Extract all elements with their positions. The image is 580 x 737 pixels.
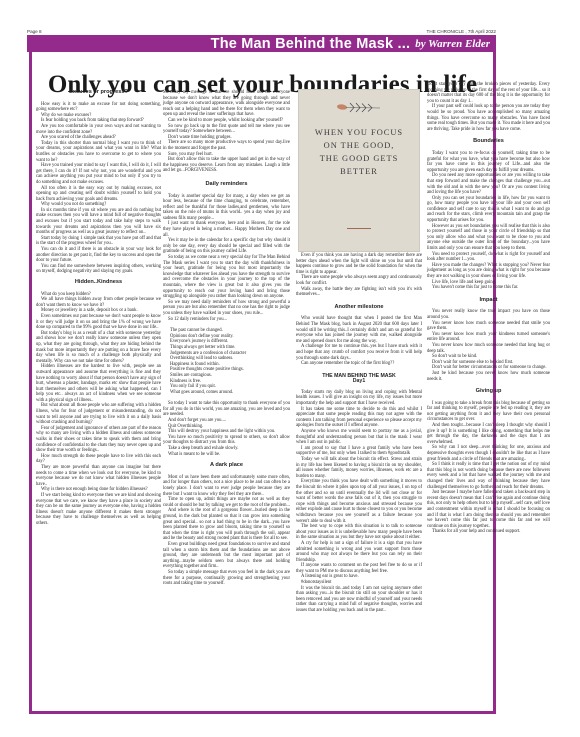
paragraph: The best way to cope with this situation…: [296, 524, 422, 541]
section-heading: Boundaries: [427, 139, 550, 145]
paragraph: And where is the root of a gorgeous flow…: [163, 508, 290, 542]
section-body: Today is another special day for many, a…: [163, 194, 290, 323]
section-heading: Another milestone: [296, 305, 422, 311]
feather-icon: [334, 100, 384, 114]
page-number: Page 8: [27, 29, 42, 34]
paragraph: Only you can set your boundaries in life…: [427, 196, 550, 224]
paragraph: If we start being kind to everyone then …: [36, 493, 161, 527]
paragraph: I just want to thank everyone, here and …: [163, 221, 290, 238]
section-body: Even if you think you are having a dark …: [296, 253, 422, 298]
paragraph: It has taken me some time to decide to d…: [296, 407, 422, 429]
section-heading: Excuses or progress?: [36, 90, 161, 96]
column-1: Excuses or progress? How easy is it to m…: [36, 90, 161, 527]
section-body: What do you keep hidden?We all have thin…: [36, 292, 161, 527]
section-body: Most of us have been there and unfortuna…: [163, 475, 290, 587]
paragraph: What is meant to be will be.: [163, 452, 290, 458]
paragraph: Have you trained your mind to say I want…: [36, 163, 161, 185]
paragraph: However as you set boundaries you will r…: [427, 224, 550, 252]
section-heading: Daily reminders: [163, 182, 290, 188]
paragraph: If your past self could look up to the p…: [427, 104, 550, 132]
paragraph: Who would have thought that when I poste…: [296, 316, 422, 344]
paragraph: So we may need daily reminders of how st…: [163, 300, 290, 317]
paragraph: So today as we come near a very special …: [163, 255, 290, 300]
quote-image: WHEN YOU FOCUS ON THE GOOD, THE GOOD GET…: [299, 90, 419, 251]
section-body: Don't start your day with the broken pie…: [427, 82, 550, 132]
column-3: Even if you think you are having a dark …: [296, 253, 422, 614]
paragraph: Today starts my daily blog on living and…: [296, 390, 422, 407]
section-body: Today I want you to re-focus on yourself…: [427, 151, 550, 291]
paragraph: There are so many more productive ways t…: [163, 140, 290, 151]
section-body: Who would have thought that when I poste…: [296, 316, 422, 366]
paragraph: A challenge for me to continue this..yes…: [296, 344, 422, 361]
paragraph: How much strength do these people have t…: [36, 454, 161, 465]
section-body: So today I want to take this opportunity…: [163, 401, 290, 457]
series-banner: The Man Behind the Mask ... by Warren El…: [27, 35, 496, 52]
paragraph: You never know how much someone needed t…: [427, 321, 550, 332]
section-heading: A dark place: [163, 463, 290, 469]
paragraph: There are some people who always seem an…: [296, 275, 422, 286]
paragraph: So why can I not sleep...over thinking f…: [427, 445, 550, 462]
paragraph: You never know how much your kindness tu…: [427, 332, 550, 343]
paragraph: And then tought...because I can't sleep …: [427, 423, 550, 445]
section-heading: Hidden..Kindness: [36, 280, 161, 286]
section-body: Today starts my daily blog on living and…: [296, 390, 422, 614]
paragraph: Yes it may be in the calendar for a spec…: [163, 238, 290, 255]
paragraph: Just because I maybe have fallen and tak…: [427, 490, 550, 529]
paragraph: I am proud to say that I have a great fa…: [296, 446, 422, 457]
paragraph: It was the biscuit tin..and today I am n…: [296, 586, 422, 614]
paragraph: Today is another special day for many, a…: [163, 194, 290, 222]
paragraph: Anyone who knows me would seem to portra…: [296, 429, 422, 446]
paragraph: We all have things hidden away from othe…: [36, 297, 161, 308]
paragraph: Thanks for all your help and continued s…: [427, 529, 550, 535]
paragraph: You can do it and if there is an obstacl…: [36, 247, 161, 264]
paragraph: Time to open up, admit things are maybe …: [163, 497, 290, 508]
paragraph: Can anyone remember the topic of the fir…: [296, 361, 422, 367]
paragraph: You have so much positivity to spread to…: [163, 435, 290, 446]
paragraph: Have you made the changes? What is stopp…: [427, 263, 550, 280]
paragraph: How easy is it to make an excuse for not…: [36, 102, 161, 113]
paragraph: Fear of judgement and ignorance of other…: [36, 426, 161, 454]
paragraph: They are more powerful than anyone can i…: [36, 465, 161, 487]
paragraph: Are you too comfortable in your own ways…: [36, 124, 161, 135]
quote-divider: [347, 228, 371, 229]
paragraph: Hidden illnesses are the hardest to live…: [36, 364, 161, 403]
byline: by Warren Elder: [415, 38, 490, 50]
paragraph: In six months time if you sit where you …: [36, 208, 161, 236]
section-body: I was going to take a break from this bl…: [427, 401, 550, 535]
paragraph: So today I want to take this opportunity…: [163, 401, 290, 418]
paragraph: But don't allow this to take the upper h…: [163, 157, 290, 174]
paragraph: You never really know the true impact yo…: [427, 309, 550, 320]
section-subheading: Day1: [296, 379, 422, 385]
paragraph: Even sometimes our past because we don't…: [36, 314, 161, 331]
paragraph: If anyone wants to comment on the post f…: [296, 563, 422, 574]
paragraph: Just be kind because you never know how …: [427, 371, 550, 382]
section-heading: Impact: [427, 298, 550, 304]
paragraph: Most of us have been there and unfortuna…: [163, 475, 290, 497]
paragraph: Today we will talk about the biscuit tin…: [296, 457, 422, 479]
paragraph: So now go back up to the first quote and…: [163, 124, 290, 135]
paragraph: Even great buildings need great foundati…: [163, 542, 290, 570]
paragraph: Can we be kind to more people, whilst lo…: [163, 118, 290, 124]
paragraph: But what about all those people who are …: [36, 403, 161, 425]
paragraph: Don't start your day with the broken pie…: [427, 82, 550, 104]
quote-text: WHEN YOU FOCUS ON THE GOOD, THE GOOD GET…: [299, 126, 419, 178]
paragraph: Today in this shorter than normal blog I…: [36, 141, 161, 163]
section-heading: Giving up: [427, 389, 550, 395]
paragraph: Even if you think you are having a dark …: [296, 253, 422, 275]
paragraph: Today I want you to re-focus on yourself…: [427, 151, 550, 173]
column-4: Don't start your day with the broken pie…: [427, 82, 550, 535]
paragraph: I was going to take a break from this bl…: [427, 401, 550, 423]
paragraph: Start today by doing 1 simple task that …: [36, 236, 161, 247]
section-body: How easy is it to make an excuse for not…: [36, 102, 161, 275]
paragraph: You haven't come this far just to come t…: [427, 285, 550, 291]
paragraph: So today my message is that we should lo…: [163, 90, 290, 118]
paragraph: You never know how much someone needed t…: [427, 343, 550, 354]
paragraph: All too often it is the easy way out by …: [36, 186, 161, 203]
reminders-list: The past cannot be changed.Opinions don'…: [163, 328, 290, 395]
paragraph: Do you need any more opportunities or ar…: [427, 173, 550, 195]
paragraph: So I think it really is time that I get …: [427, 462, 550, 490]
paragraph: So today a simple message that even you …: [163, 570, 290, 587]
issue-date: THE CHRONICLE , 7th April 2022: [427, 29, 496, 34]
column-2: So today my message is that we should lo…: [163, 90, 290, 587]
paragraph: But today's blog is as a result of a cha…: [36, 331, 161, 365]
paragraph: Walk away, the battle they are fighting …: [296, 287, 422, 298]
paragraph: Everytime you think you have dealt with …: [296, 479, 422, 524]
paragraph: A cry for help is not a sign of failure …: [296, 541, 422, 563]
section-body: You never really know the true impact yo…: [427, 309, 550, 382]
series-title: The Man Behind the Mask ...: [211, 36, 411, 52]
paragraph: You need to protect yourself, do what is…: [427, 252, 550, 263]
paragraph: You can find me somewhere between inspir…: [36, 264, 161, 275]
section-body: So today my message is that we should lo…: [163, 90, 290, 174]
